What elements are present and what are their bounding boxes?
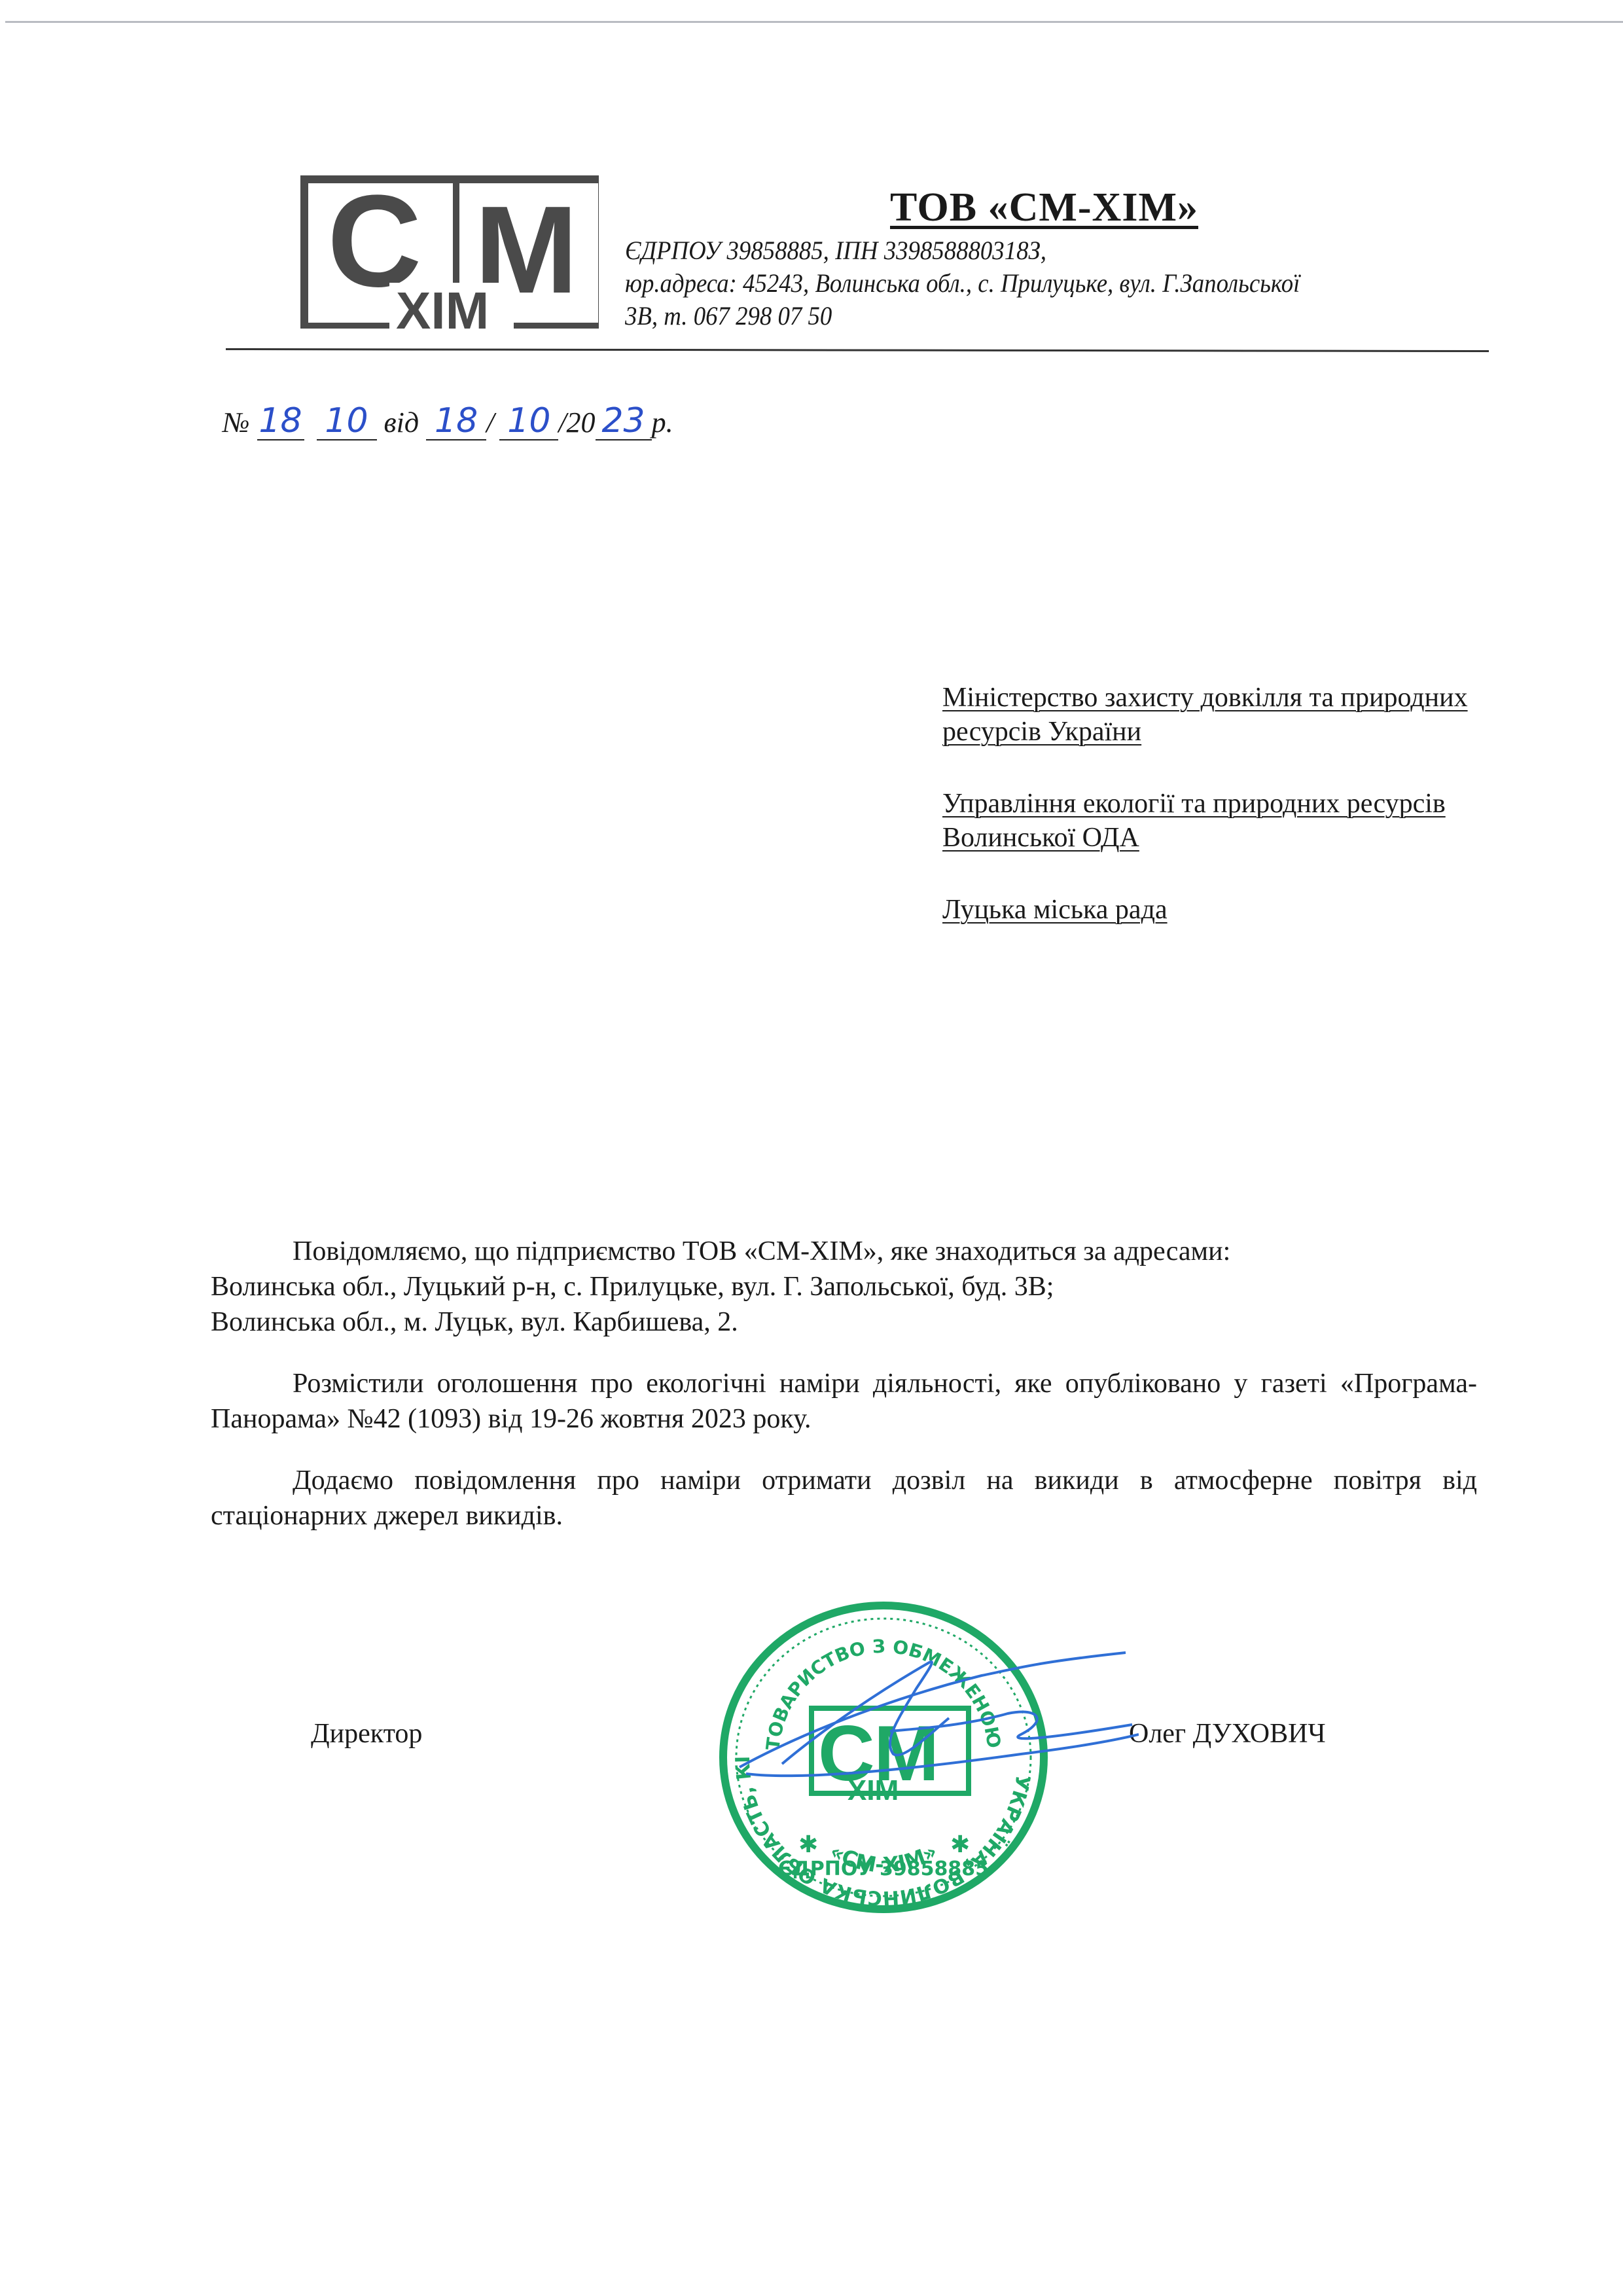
company-requisites: ЄДРПОУ 39858885, ІПН 339858880318З, юр.а… [625,234,1300,332]
signer-position: Директор [311,1718,422,1749]
paragraph-notification: Повідомляємо, що підприємство ТОВ «СМ-ХІ… [211,1234,1477,1340]
header-divider [226,348,1489,352]
year-label: р. [652,406,673,439]
company-title: ТОВ «СМ-ХІМ» [890,185,1198,231]
requisites-address: юр.адреса: 45243, Волинська обл., с. При… [625,267,1300,300]
number-label: № [223,406,250,439]
handwritten-signature [733,1649,1139,1793]
ref-year: 23 [596,403,652,440]
recipient-ministry: Міністерство захисту довкілля та природн… [942,681,1571,749]
paragraph-publication: Розмістили оголошення про екологічні нам… [211,1366,1477,1437]
reference-line: № 18 10 від 18/10/2023р. [223,403,673,440]
ref-day: 18 [426,403,486,440]
letter-body: Повідомляємо, що підприємство ТОВ «СМ-ХІ… [211,1234,1477,1534]
ref-number-part1: 18 [257,403,304,440]
paragraph-intro: Повідомляємо, що підприємство ТОВ «СМ-ХІ… [293,1236,1230,1266]
paragraph-attachment: Додаємо повідомлення про наміри отримати… [211,1463,1477,1534]
recipient-city-council: Луцька міська рада [942,893,1571,927]
stamp-star-left: ✱ [798,1831,818,1858]
ref-month: 10 [499,403,558,440]
recipients-block: Міністерство захисту довкілля та природн… [942,681,1571,965]
year-prefix: /20 [558,406,595,439]
logo-sub-text: XIM [396,281,489,329]
recipient-ecology-department: Управління екології та природних ресурсі… [942,787,1571,855]
scan-edge-line [5,21,1623,23]
requisites-phone: 3В, т. 067 298 07 50 [625,300,1300,332]
address-line-2: Волинська обл., м. Луцьк, вул. Карбишева… [211,1304,1477,1340]
stamp-edrpou: ЄДРПОУ 39858885 [778,1857,989,1880]
company-logo: C M XIM [298,171,599,329]
requisites-codes: ЄДРПОУ 39858885, ІПН 339858880318З, [625,234,1300,267]
stamp-star-right: ✱ [950,1831,970,1858]
signer-name: Олег ДУХОВИЧ [1129,1718,1326,1749]
date-label: від [384,406,419,439]
ref-number-part2: 10 [317,403,377,440]
address-line-1: Волинська обл., Луцький р-н, с. Прилуцьк… [211,1269,1477,1304]
